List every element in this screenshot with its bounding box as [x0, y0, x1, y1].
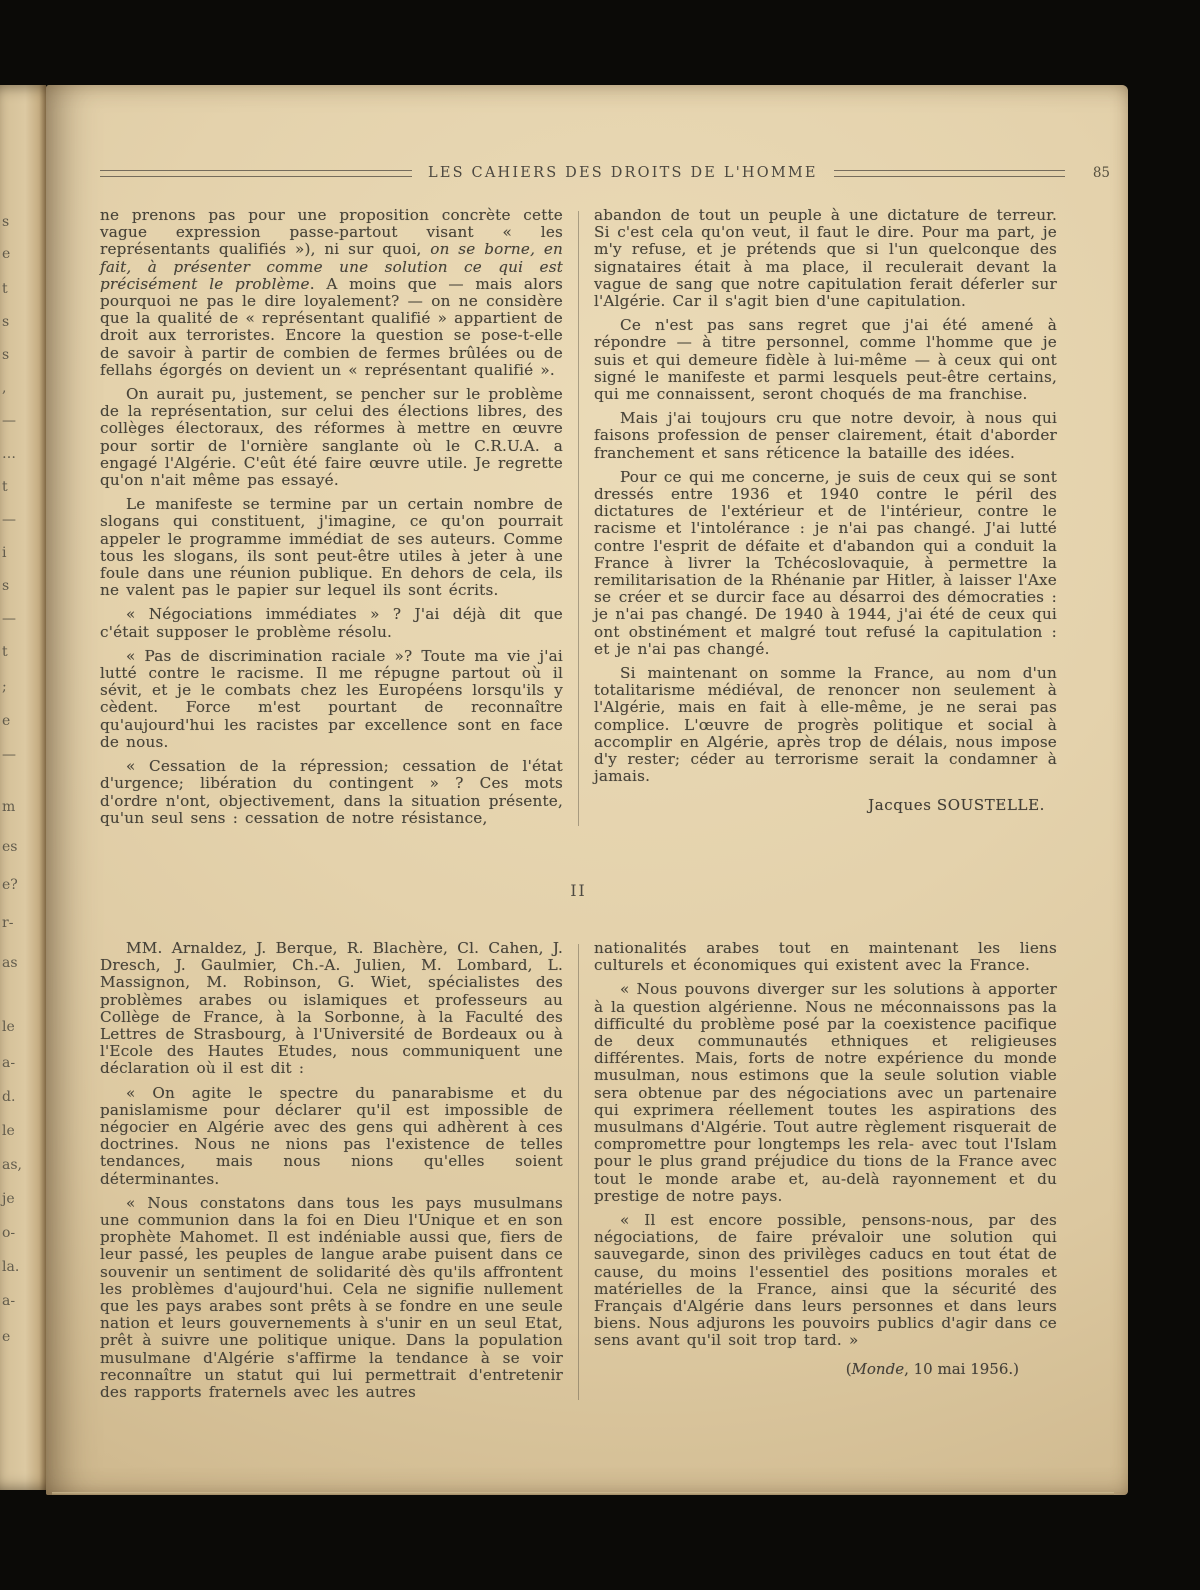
paragraph: « Pas de discrimination raciale »? Toute… — [100, 648, 563, 751]
section-ii-right-column: nationalités arabes tout en maintenant l… — [594, 940, 1057, 1408]
journal-page: LES CAHIERS DES DROITS DE L'HOMME 85 ne … — [46, 85, 1128, 1495]
paragraph: « Cessation de la répression; cessation … — [100, 758, 563, 827]
paragraph: Ce n'est pas sans regret que j'ai été am… — [594, 317, 1057, 403]
book-scan: setss,—…t—is—t;e—mese?r-aslea-d.leas,jeo… — [0, 0, 1200, 1590]
section-ii-columns: MM. Arnaldez, J. Berque, R. Blachère, Cl… — [100, 940, 1057, 1408]
paragraph: On aurait pu, justement, se pencher sur … — [100, 386, 563, 489]
section-ii-left-column: MM. Arnaldez, J. Berque, R. Blachère, Cl… — [100, 940, 563, 1408]
paragraph: « Nous constatons dans tous les pays mus… — [100, 1195, 563, 1401]
header-rule-right — [834, 170, 1065, 177]
paragraph: « Nous pouvons diverger sur les solution… — [594, 981, 1057, 1205]
section-i-right-column: abandon de tout un peuple à une dictatur… — [594, 207, 1057, 834]
section-ii-heading: II — [100, 882, 1057, 900]
header-rule-left — [100, 170, 412, 177]
paragraph: Si maintenant on somme la France, au nom… — [594, 665, 1057, 785]
section-i: ne prenons pas pour une proposition conc… — [100, 207, 1057, 834]
paragraph: nationalités arabes tout en maintenant l… — [594, 940, 1057, 974]
paragraph: MM. Arnaldez, J. Berque, R. Blachère, Cl… — [100, 940, 563, 1078]
page-header: LES CAHIERS DES DROITS DE L'HOMME 85 — [100, 165, 1110, 181]
source-attribution: (Monde, 10 mai 1956.) — [594, 1360, 1019, 1378]
journal-title: LES CAHIERS DES DROITS DE L'HOMME — [428, 165, 818, 181]
signature: Jacques SOUSTELLE. — [594, 796, 1045, 814]
paragraph: ne prenons pas pour une proposition conc… — [100, 207, 563, 379]
page-number: 85 — [1093, 165, 1110, 181]
paragraph: « Il est encore possible, pensons-nous, … — [594, 1212, 1057, 1350]
paragraph: abandon de tout un peuple à une dictatur… — [594, 207, 1057, 310]
paragraph: « Négociations immédiates » ? J'ai déjà … — [100, 606, 563, 640]
section-i-left-column: ne prenons pas pour une proposition conc… — [100, 207, 563, 834]
paragraph: « On agite le spectre du panarabisme et … — [100, 1085, 563, 1188]
section-i-columns: ne prenons pas pour une proposition conc… — [100, 207, 1057, 834]
section-ii: II MM. Arnaldez, J. Berque, R. Blachère,… — [100, 882, 1057, 1408]
paragraph: Pour ce qui me concerne, je suis de ceux… — [594, 469, 1057, 658]
paragraph: Le manifeste se termine par un certain n… — [100, 496, 563, 599]
facing-page-edge — [0, 85, 46, 1490]
paragraph: Mais j'ai toujours cru que notre devoir,… — [594, 410, 1057, 462]
